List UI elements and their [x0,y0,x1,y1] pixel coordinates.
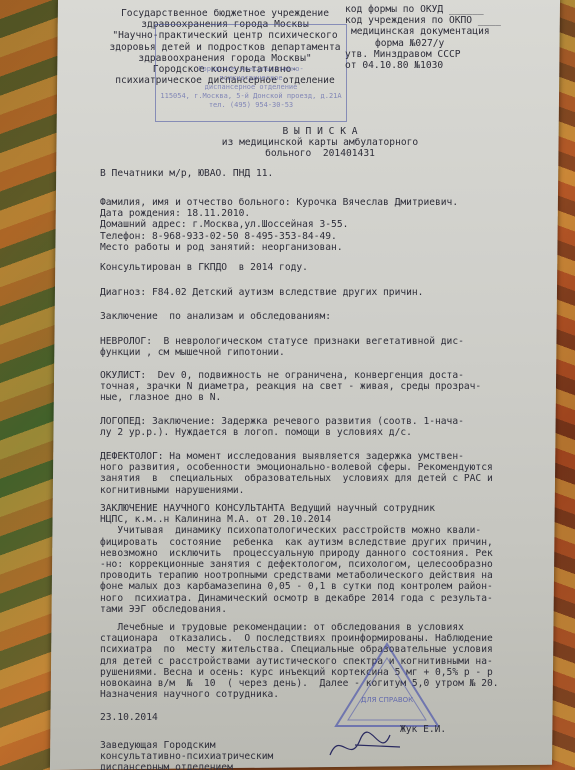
title-heading: В Ы П И С К А [100,126,540,137]
section-line: тами ЭЭГ обследования. [100,604,540,615]
form-code-line: код формы по ОКУД ______ [345,4,545,15]
form-code-line: медицинская документация [345,26,545,37]
diagnosis: Диагноз: F84.02 Детский аутизм вследстви… [100,287,540,298]
diagnosis-text: Диагноз: F84.02 Детский аутизм вследстви… [100,287,540,298]
header-line: Государственное бюджетное учреждение [100,8,350,19]
section-line: ЗАКЛЮЧЕНИЕ НАУЧНОГО КОНСУЛЬТАНТА Ведущий… [100,503,540,514]
section-line: ЛОГОПЕД: Заключение: Задержка речевого р… [100,416,540,427]
section-recommendations: Лечебные и трудовые рекомендации: от обс… [100,622,540,700]
section-line: когнитивными нарушениями. [100,485,540,496]
form-code-line: форма №027/у [345,38,545,49]
section-line: фицировать состояние ребенка как аутизм … [100,537,540,548]
section-line: невозможно исключить процессуальную прир… [100,548,540,559]
stamp-line: 115054, г.Москва, 5-й Донской проезд, д.… [156,92,346,101]
section-defectologist: ДЕФЕКТОЛОГ: На момент исследования выявл… [100,451,540,496]
patient-dob: Дата рождения: 18.11.2010. [100,208,540,219]
section-line: ные, глазное дно в N. [100,392,540,403]
conclusion-heading-text: Заключение по анализам и обследованиям: [100,311,540,322]
stamp-line: Городское консультативно- [156,65,346,74]
section-line: ДЕФЕКТОЛОГ: На момент исследования выявл… [100,451,540,462]
section-line: Учитывая динамику психопатологических ра… [100,525,540,536]
form-code-line: утв. Минздравом СССР [345,49,545,60]
section-neurologist: НЕВРОЛОГ: В неврологическом статусе приз… [100,336,540,358]
triangle-stamp-label: ДЛЯ СПРАВОК [361,696,413,704]
section-line: Лечебные и трудовые рекомендации: от обс… [100,622,540,633]
section-line: функции , см мышечной гипотонии. [100,347,540,358]
section-line: новокаина в/м № 10 ( через день). Далее … [100,678,540,689]
stamp-line: психиатрическое [156,74,346,83]
section-line: точная, зрачки N диаметра, реакция на св… [100,381,540,392]
date-text: 23.10.2014 [100,712,540,723]
section-line: стационара отказались. О последствиях пр… [100,633,540,644]
institution-stamp: Городское консультативно- психиатрическо… [155,24,347,122]
section-line: для детей с расстройствами аутистическог… [100,656,540,667]
patient-phone: Телефон: 8-968-933-02-50 8-495-353-84-49… [100,231,540,242]
section-line: НЕВРОЛОГ: В неврологическом статусе приз… [100,336,540,347]
patient-info: Фамилия, имя и отчество больного: Курочк… [100,197,540,253]
patient-work: Место работы и род занятий: неорганизова… [100,242,540,253]
district-text: В Печатники м/р, ЮВАО. ПНД 11. [100,168,540,179]
stamp-line: диспансерное отделение [156,83,346,92]
patient-name: Фамилия, имя и отчество больного: Курочк… [100,197,540,208]
section-line: -но: коррекционные занятия с дефектолого… [100,559,540,570]
consultation: Консультирован в ГКПДО в 2014 году. [100,262,540,273]
document-title: В Ы П И С К А из медицинской карты амбул… [100,126,540,160]
form-code-line: от 04.10.80 №1030 [345,60,545,71]
patient-address: Домашний адрес: г.Москва,ул.Шоссейная 3-… [100,219,540,230]
district-line: В Печатники м/р, ЮВАО. ПНД 11. [100,168,540,179]
section-line: НЦПС, к.м..н Калинина М.А. от 20.10.2014 [100,514,540,525]
section-line: ного психиатра. Динамический осмотр в де… [100,593,540,604]
document-date: 23.10.2014 [100,712,540,723]
section-line: психиатра по месту жительства. Специальн… [100,644,540,655]
triangle-stamp-icon: ДЛЯ СПРАВОК [332,640,442,730]
section-scientific-consultant: ЗАКЛЮЧЕНИЕ НАУЧНОГО КОНСУЛЬТАНТА Ведущий… [100,503,540,615]
stamp-line: тел. (495) 954-30-53 [156,101,346,110]
section-line: фоне малых доз карбамазепина 0,05 - 0,1 … [100,581,540,592]
section-line: занятия в специальных образовательных ус… [100,473,540,484]
section-line: проводить терапию ноотропными средствами… [100,570,540,581]
form-code-header: код формы по ОКУД ______ код учреждения … [345,4,545,71]
consulted-text: Консультирован в ГКПДО в 2014 году. [100,262,540,273]
section-line: рушениями. Весна и осень: курс инъекций … [100,667,540,678]
section-line: ного развития, особенности эмоционально-… [100,462,540,473]
card-number: больного 201401431 [100,148,540,159]
conclusion-heading: Заключение по анализам и обследованиям: [100,311,540,322]
form-code-line: код учреждения по ОКПО ____ [345,15,545,26]
section-line: Назначения научного сотрудника. [100,689,540,700]
section-speech-therapist: ЛОГОПЕД: Заключение: Задержка речевого р… [100,416,540,438]
section-line: лу 2 ур.р.). Нуждается в логоп. помощи в… [100,427,540,438]
section-line: ОКУЛИСТ: Dev 0, подвижность не ограничен… [100,370,540,381]
handwritten-signature-icon [320,725,410,770]
section-oculist: ОКУЛИСТ: Dev 0, подвижность не ограничен… [100,370,540,404]
title-subtitle: из медицинской карты амбулаторного [100,137,540,148]
